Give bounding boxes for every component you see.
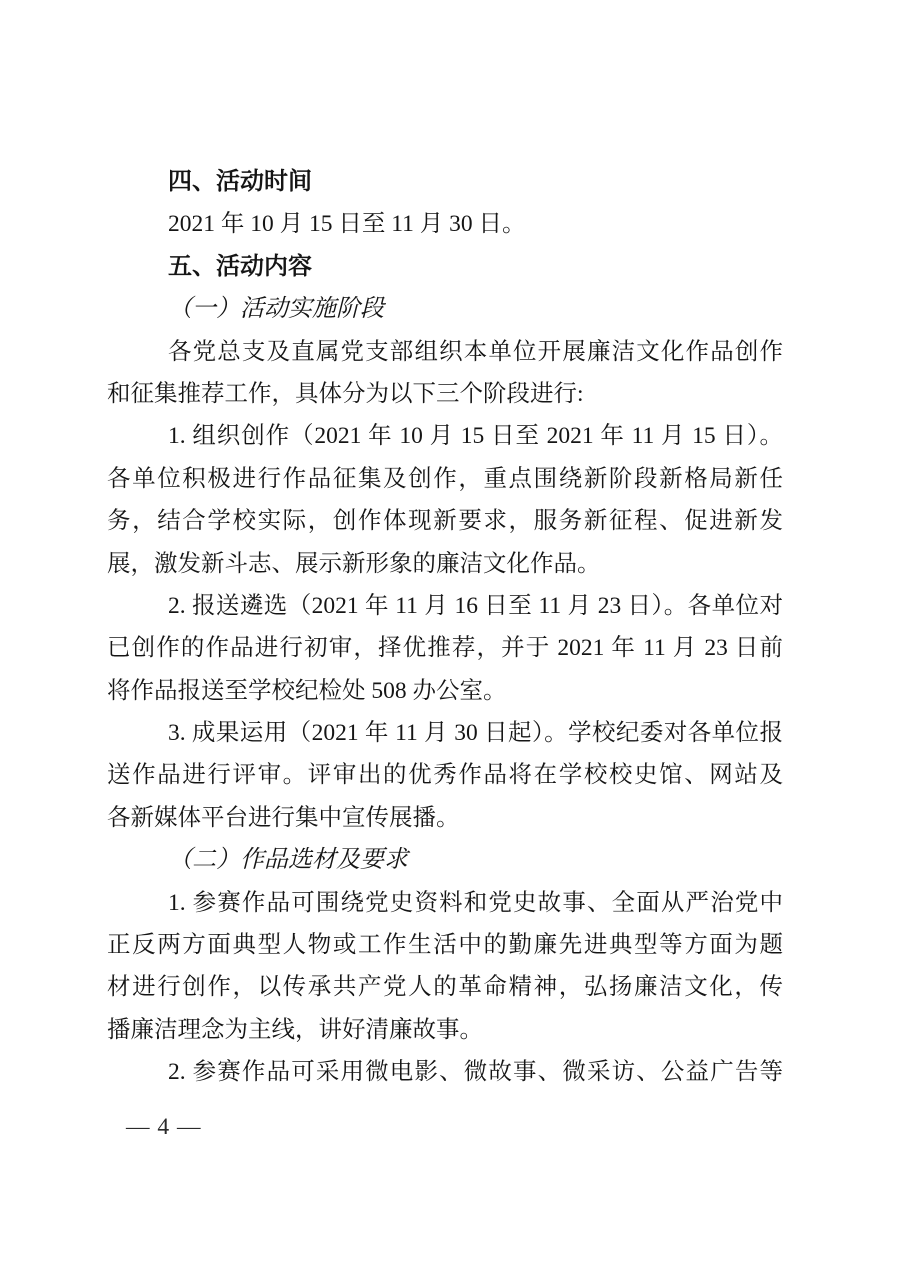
subsection-heading-2: （二）作品选材及要求: [107, 839, 783, 881]
activity-time-text: 2021 年 10 月 15 日至 11 月 30 日。: [107, 203, 783, 245]
paragraph-line: 和征集推荐工作，具体分为以下三个阶段进行:: [107, 373, 783, 415]
document-page: 四、活动时间 2021 年 10 月 15 日至 11 月 30 日。 五、活动…: [0, 0, 900, 1272]
paragraph-line: 正反两方面典型人物或工作生活中的勤廉先进典型等方面为题: [107, 924, 783, 966]
paragraph-line: 播廉洁理念为主线，讲好清廉故事。: [107, 1009, 783, 1051]
paragraph-line: 已创作的作品进行初审，择优推荐，并于 2021 年 11 月 23 日前: [107, 627, 783, 669]
list-item-1-line: 1. 组织创作（2021 年 10 月 15 日至 2021 年 11 月 15…: [107, 415, 783, 457]
list-item-2-line: 2. 报送遴选（2021 年 11 月 16 日至 11 月 23 日）。各单位…: [107, 585, 783, 627]
paragraph-line: 务，结合学校实际，创作体现新要求，服务新征程、促进新发: [107, 500, 783, 542]
list-item-3-line: 3. 成果运用（2021 年 11 月 30 日起）。学校纪委对各单位报: [107, 712, 783, 754]
section-heading-4: 四、活动时间: [107, 161, 783, 203]
paragraph-line: 材进行创作，以传承共产党人的革命精神，弘扬廉洁文化，传: [107, 966, 783, 1008]
paragraph-line: 展，激发新斗志、展示新形象的廉洁文化作品。: [107, 543, 783, 585]
paragraph-line: 各单位积极进行作品征集及创作，重点围绕新阶段新格局新任: [107, 458, 783, 500]
paragraph-line: 送作品进行评审。评审出的优秀作品将在学校校史馆、网站及: [107, 754, 783, 796]
paragraph-line: 各新媒体平台进行集中宣传展播。: [107, 797, 783, 839]
paragraph-line: 将作品报送至学校纪检处 508 办公室。: [107, 670, 783, 712]
subsection-heading-1: （一）活动实施阶段: [107, 288, 783, 330]
list-item-2-line: 2. 参赛作品可采用微电影、微故事、微采访、公益广告等: [107, 1051, 783, 1093]
page-number: — 4 —: [126, 1113, 202, 1141]
paragraph-line: 各党总支及直属党支部组织本单位开展廉洁文化作品创作: [107, 331, 783, 373]
document-body: 四、活动时间 2021 年 10 月 15 日至 11 月 30 日。 五、活动…: [107, 161, 783, 1094]
section-heading-5: 五、活动内容: [107, 246, 783, 288]
list-item-1-line: 1. 参赛作品可围绕党史资料和党史故事、全面从严治党中: [107, 882, 783, 924]
